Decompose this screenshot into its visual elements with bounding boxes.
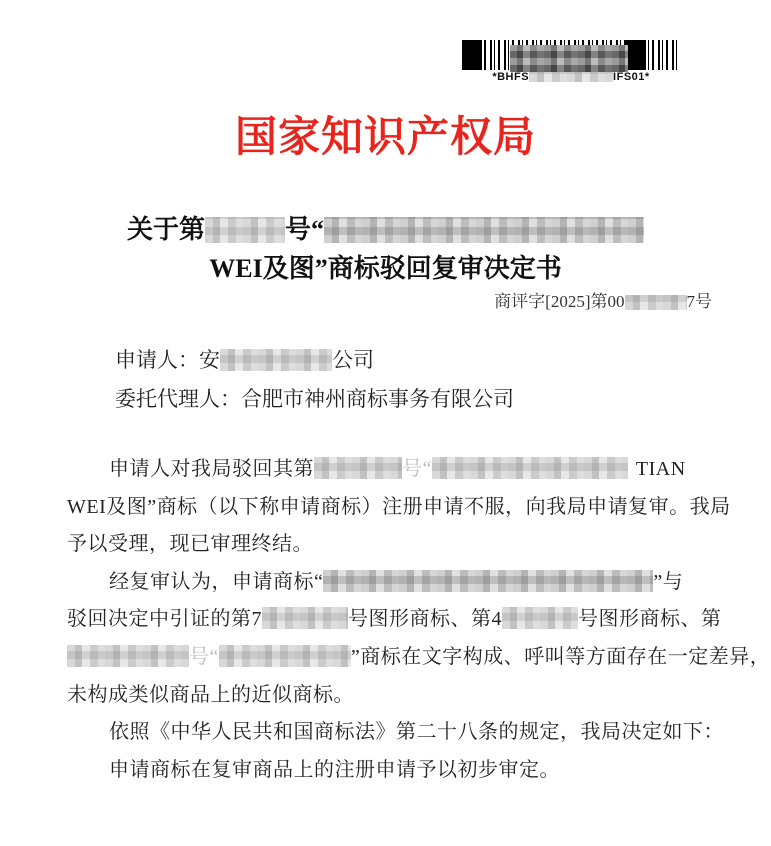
redaction-mosaic [625, 295, 687, 310]
applicant-line: 申请人：安公司 [115, 341, 514, 380]
parties-section: 申请人：安公司 委托代理人：合肥市神州商标事务有限公司 [115, 341, 514, 419]
applicant-visible: 安 [199, 348, 220, 372]
redaction-mosaic [432, 457, 628, 479]
document-title: 关于第号“ WEI及图”商标驳回复审决定书 [0, 210, 771, 288]
body-line: 驳回决定中引证的第7号图形商标、第4号图形商标、第 [67, 601, 727, 639]
body-line: 依照《中华人民共和国商标法》第二十八条的规定，我局决定如下： [67, 714, 727, 752]
body-line: 申请人对我局驳回其第号“TIAN [67, 451, 727, 489]
agency-title: 国家知识产权局 [0, 104, 771, 164]
faint-text-run: 号“ [402, 458, 432, 480]
faint-text-run: 号“ [189, 646, 219, 668]
barcode-label-suffix: IFS01* [613, 71, 650, 83]
body-text-run: ”与 [653, 571, 683, 593]
body-line: 予以受理，现已审理终结。 [67, 526, 727, 564]
redaction-mosaic [67, 645, 189, 667]
document-title-line2: WEI及图”商标驳回复审决定书 [0, 249, 771, 288]
redaction-mosaic [323, 570, 653, 592]
title-line1-mid: 号“ [285, 215, 324, 244]
redaction-mosaic [502, 607, 578, 629]
redaction-mosaic [529, 71, 613, 82]
title-line1-prefix: 关于第 [127, 215, 205, 244]
body-text-run: 申请人对我局驳回其第 [109, 458, 314, 480]
body-text-run: TIAN [636, 458, 686, 480]
applicant-tail: 公司 [332, 348, 374, 372]
agent-name: 合肥市神州商标事务有限公司 [241, 387, 514, 411]
body-text-run: 号图形商标、第 [578, 608, 722, 630]
redaction-mosaic [510, 45, 628, 72]
barcode-bars-icon [462, 40, 680, 70]
case-number-prefix: 商评字[2025]第00 [494, 292, 624, 311]
agent-line: 委托代理人：合肥市神州商标事务有限公司 [115, 380, 514, 419]
barcode-label-prefix: *BHFS [492, 71, 529, 83]
body-text-run: 驳回决定中引证的第7 [67, 608, 262, 630]
barcode-label: *BHFSIFS01* [462, 71, 680, 83]
body-line: 经复审认为，申请商标“”与 [67, 564, 727, 602]
redaction-mosaic [314, 457, 402, 479]
body-line: WEI及图”商标（以下称申请商标）注册申请不服，向我局申请复审。我局 [67, 489, 727, 527]
redaction-mosaic [324, 217, 644, 243]
body-text-run: 经复审认为，申请商标“ [109, 571, 323, 593]
case-number: 商评字[2025]第007号 [494, 287, 712, 312]
body-line: 号“”商标在文字构成、呼叫等方面存在一定差异， [67, 639, 727, 677]
agent-label: 委托代理人： [115, 387, 241, 411]
redaction-mosaic [219, 645, 351, 667]
body-text-run: 号图形商标、第4 [348, 608, 502, 630]
barcode: *BHFSIFS01* [462, 40, 680, 83]
document-page: *BHFSIFS01* 国家知识产权局 关于第号“ WEI及图”商标驳回复审决定… [0, 0, 771, 846]
body-line: 未构成类似商品上的近似商标。 [67, 677, 727, 715]
redaction-mosaic [220, 349, 332, 371]
document-title-line1: 关于第号“ [0, 210, 771, 249]
body-line: 申请商标在复审商品上的注册申请予以初步审定。 [67, 752, 727, 790]
applicant-label: 申请人： [115, 348, 199, 372]
body-text-run: ”商标在文字构成、呼叫等方面存在一定差异， [351, 646, 770, 668]
redaction-mosaic [262, 607, 348, 629]
case-number-suffix: 7号 [687, 292, 713, 311]
redaction-mosaic [205, 217, 285, 243]
body-text: 申请人对我局驳回其第号“TIAN WEI及图”商标（以下称申请商标）注册申请不服… [67, 451, 727, 789]
